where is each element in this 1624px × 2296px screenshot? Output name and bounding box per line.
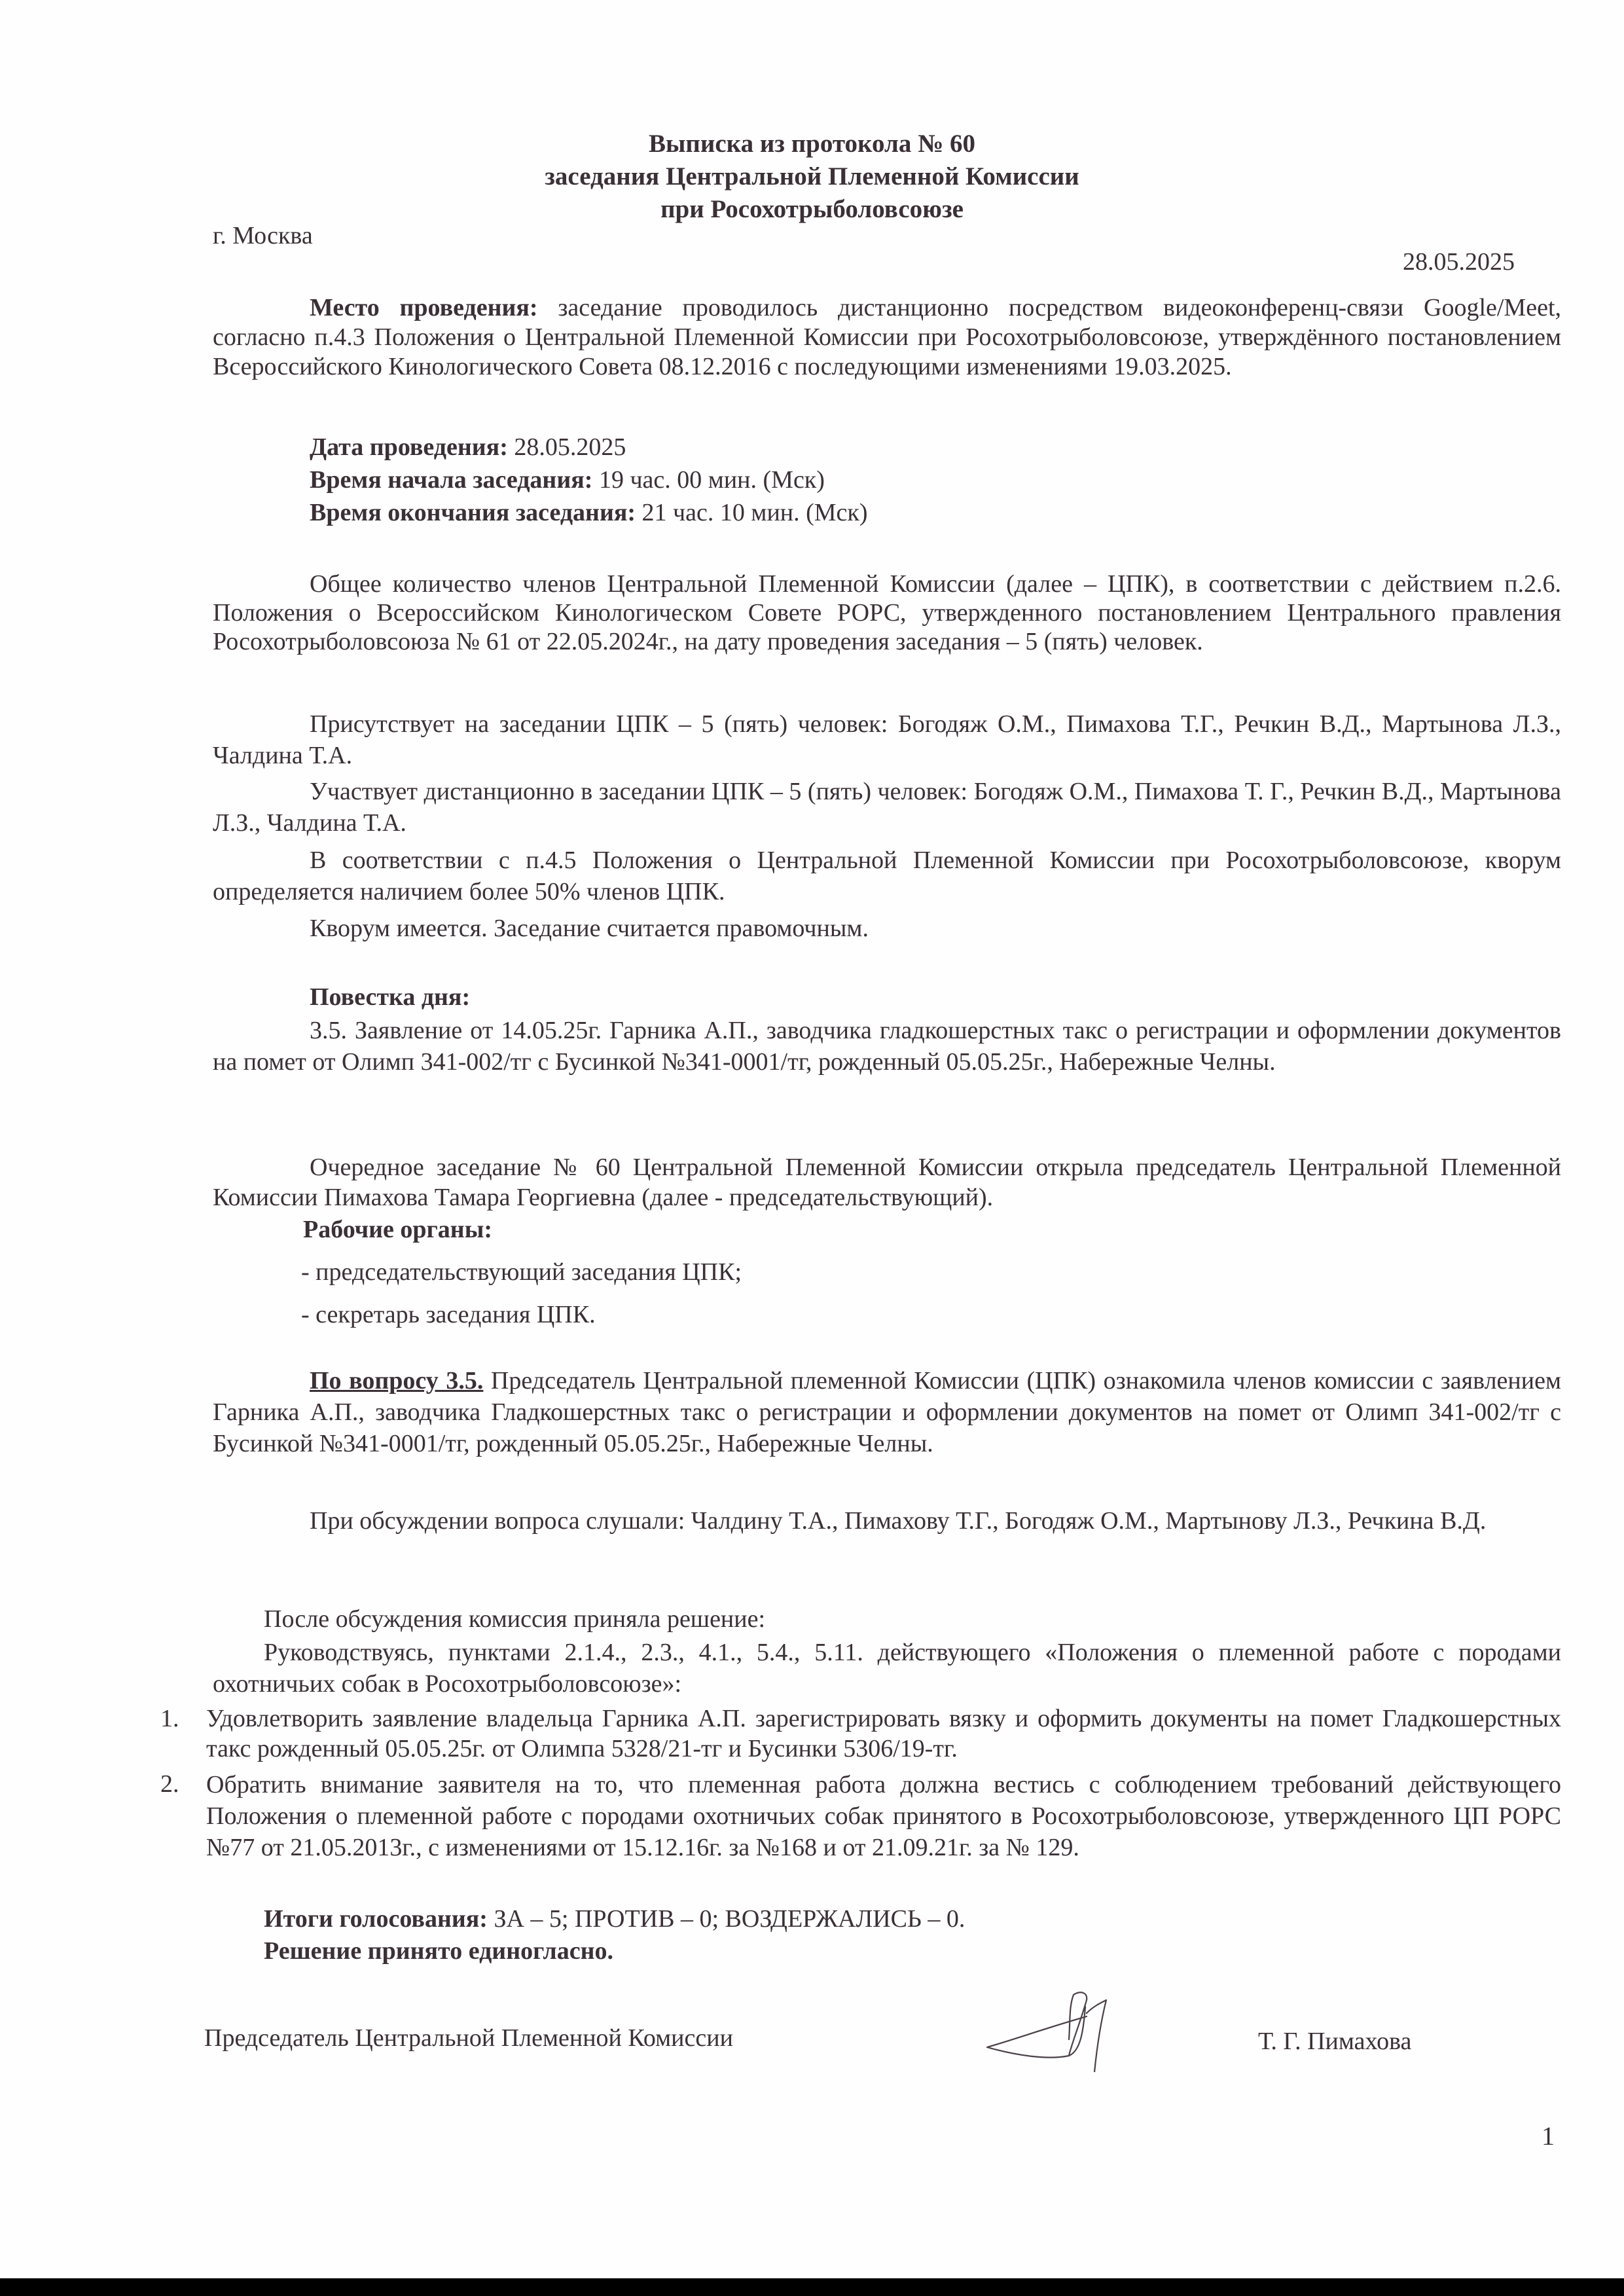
meeting-date-value: 28.05.2025 [508, 433, 626, 461]
decision-item-text: Обратить внимание заявителя на то, что п… [206, 1769, 1561, 1863]
working-body-item: - председательствующий заседания ЦПК; [301, 1257, 742, 1287]
meeting-start-time: Время начала заседания: 19 час. 00 мин. … [310, 465, 825, 495]
question-paragraph: По вопросу 3.5. Председатель Центральной… [213, 1365, 1561, 1459]
agenda-label-text: Повестка дня: [310, 983, 470, 1011]
city: г. Москва [213, 221, 313, 251]
document-page: Выписка из протокола № 60 заседания Цент… [0, 0, 1624, 2278]
meeting-place-label: Место проведения: [310, 294, 538, 321]
decision-item-number: 1. [160, 1704, 179, 1734]
vote-results-label: Итоги голосования: [264, 1905, 488, 1933]
total-members-paragraph: Общее количество членов Центральной Плем… [213, 570, 1561, 656]
document-title-line-1: Выписка из протокола № 60 [0, 128, 1624, 160]
document-title-line-2: заседания Центральной Племенной Комиссии [0, 160, 1624, 193]
working-body-item: - секретарь заседания ЦПК. [301, 1300, 596, 1330]
decision-intro: После обсуждения комиссия приняла решени… [264, 1604, 765, 1634]
remote-members-paragraph: Участвует дистанционно в заседании ЦПК –… [213, 776, 1561, 839]
page-number: 1 [1542, 2121, 1555, 2151]
meeting-end-label: Время окончания заседания: [310, 499, 636, 526]
opening-paragraph: Очередное заседание № 60 Центральной Пле… [213, 1152, 1561, 1212]
meeting-start-label: Время начала заседания: [310, 466, 592, 494]
signatory-position: Председатель Центральной Племенной Комис… [204, 2023, 733, 2053]
working-bodies-label-text: Рабочие органы: [303, 1216, 492, 1243]
document-date: 28.05.2025 [1403, 247, 1515, 277]
working-bodies-label: Рабочие органы: [303, 1214, 492, 1245]
decision-basis: Руководствуясь, пунктами 2.1.4., 2.3., 4… [213, 1637, 1561, 1700]
decision-item-text: Удовлетворить заявление владельца Гарник… [206, 1704, 1561, 1764]
decision-result-text: Решение принято единогласно. [264, 1937, 613, 1965]
vote-results: Итоги голосования: ЗА – 5; ПРОТИВ – 0; В… [264, 1904, 965, 1934]
present-members-paragraph: Присутствует на заседании ЦПК – 5 (пять)… [213, 708, 1561, 771]
decision-result: Решение принято единогласно. [264, 1936, 613, 1966]
scan-border [0, 2278, 1624, 2296]
decision-item-number: 2. [160, 1769, 179, 1799]
agenda-label: Повестка дня: [310, 982, 470, 1012]
meeting-end-value: 21 час. 10 мин. (Мск) [636, 499, 868, 526]
meeting-end-time: Время окончания заседания: 21 час. 10 ми… [310, 498, 868, 528]
quorum-status: Кворум имеется. Заседание считается прав… [310, 913, 869, 943]
heard-paragraph: При обсуждении вопроса слушали: Чалдину … [213, 1506, 1561, 1536]
meeting-start-value: 19 час. 00 мин. (Мск) [592, 466, 825, 494]
agenda-item: 3.5. Заявление от 14.05.25г. Гарника А.П… [213, 1015, 1561, 1078]
meeting-date: Дата проведения: 28.05.2025 [310, 432, 626, 462]
meeting-date-label: Дата проведения: [310, 433, 508, 461]
signatory-name: Т. Г. Пимахова [1258, 2026, 1411, 2056]
quorum-rule-paragraph: В соответствии с п.4.5 Положения о Центр… [213, 845, 1561, 907]
question-label: По вопросу 3.5. [310, 1367, 483, 1394]
vote-results-value: ЗА – 5; ПРОТИВ – 0; ВОЗДЕРЖАЛИСЬ – 0. [488, 1905, 965, 1933]
meeting-place: Место проведения: заседание проводилось … [213, 293, 1561, 382]
signature-icon [975, 1987, 1119, 2072]
